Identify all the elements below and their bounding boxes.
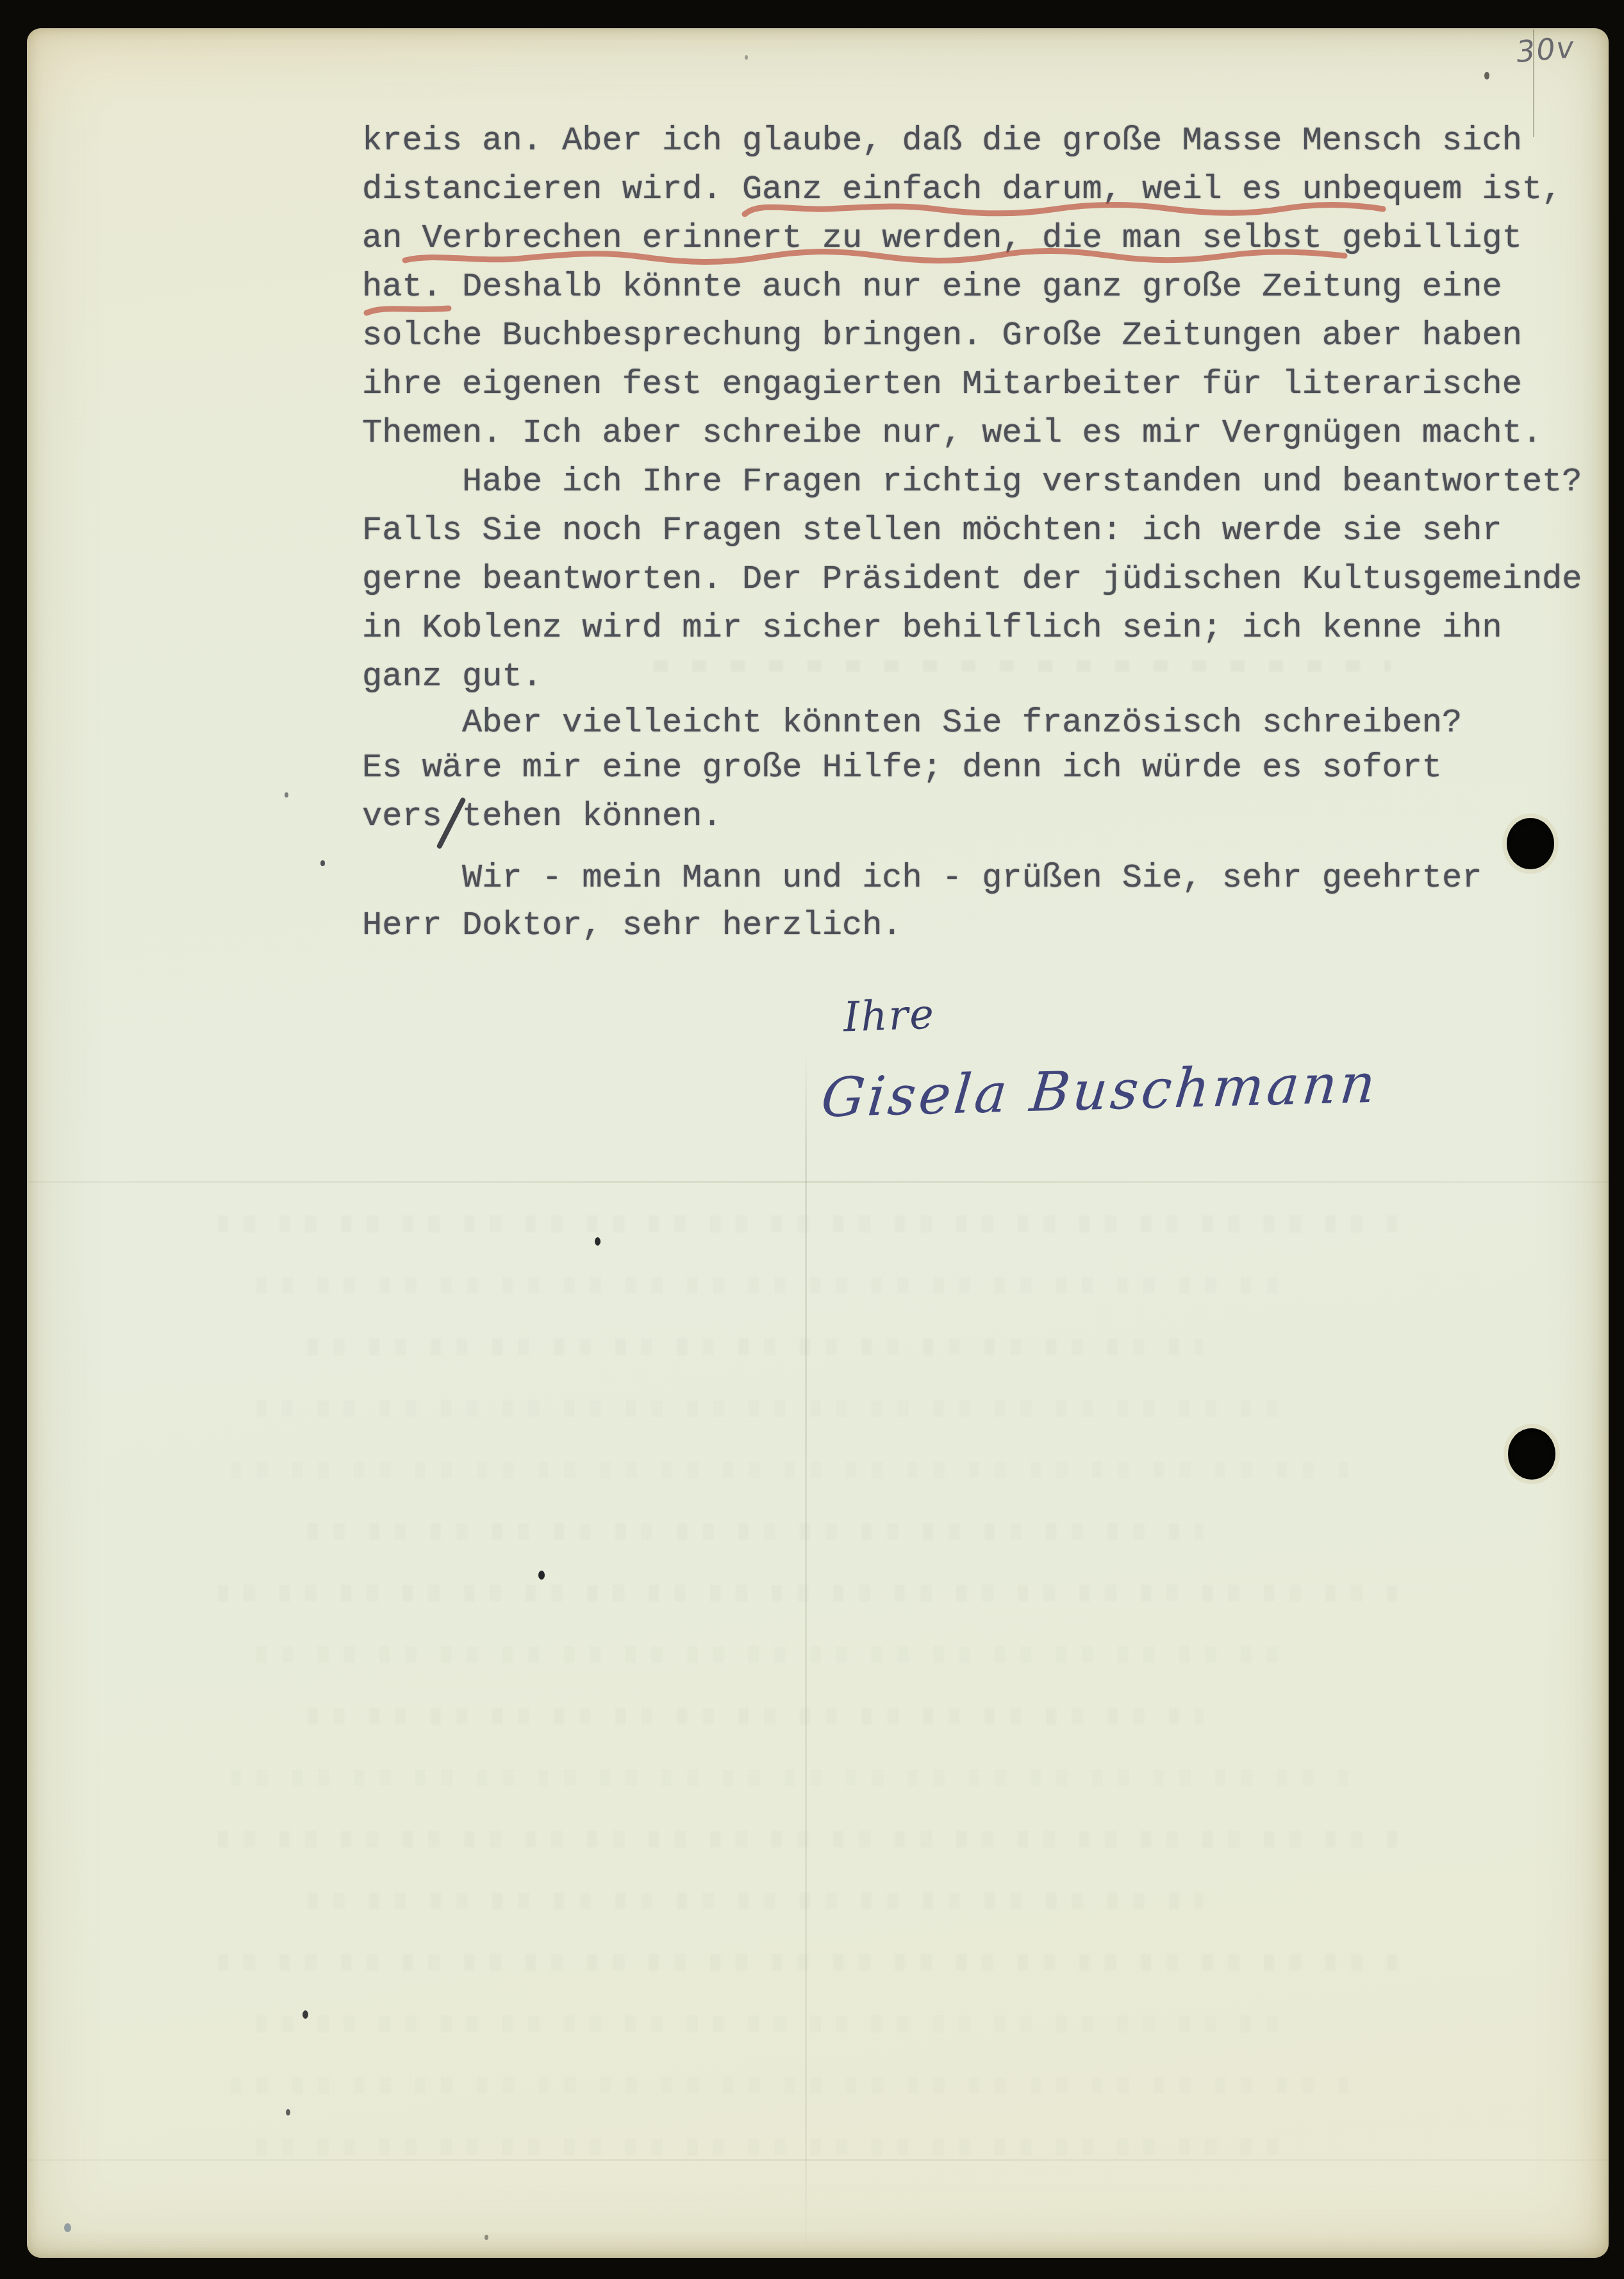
typed-line: Habe ich Ihre Fragen richtig verstanden … — [362, 463, 1582, 501]
typed-line: solche Buchbesprechung bringen. Große Ze… — [362, 317, 1522, 355]
paper-sheet — [27, 28, 1609, 2258]
ink-speck — [285, 792, 288, 797]
typed-line: gerne beantworten. Der Präsident der jüd… — [362, 560, 1582, 599]
punch-hole-top — [1507, 818, 1554, 869]
typed-line: Themen. Ich aber schreibe nur, weil es m… — [362, 414, 1542, 453]
typed-line: hat. Deshalb könnte auch nur eine ganz g… — [362, 268, 1502, 306]
ink-speck — [538, 1571, 545, 1580]
paper-blemish — [1484, 72, 1489, 79]
typed-line: ganz gut. — [362, 658, 542, 696]
ink-speck — [302, 2010, 308, 2019]
typed-line: Aber vielleicht könnten Sie französisch … — [362, 704, 1462, 742]
paper-blemish — [745, 55, 748, 60]
handwritten-valediction: Ihre — [843, 991, 936, 1042]
typed-line: distancieren wird. Ganz einfach darum, w… — [362, 171, 1562, 209]
paper-blemish — [485, 2235, 488, 2240]
typed-line: in Koblenz wird mir sicher behilflich se… — [362, 609, 1502, 647]
folio-number: 30v — [1515, 29, 1577, 69]
typed-line: vers tehen können. — [362, 797, 722, 836]
typed-line: Herr Doktor, sehr herzlich. — [362, 906, 902, 945]
typed-line: Falls Sie noch Fragen stellen möchten: i… — [362, 512, 1502, 550]
punch-hole-bottom — [1508, 1428, 1555, 1480]
ink-speck — [286, 2109, 290, 2116]
typed-line: ihre eigenen fest engagierten Mitarbeite… — [362, 365, 1522, 404]
typed-line: an Verbrechen erinnert zu werden, die ma… — [362, 219, 1522, 258]
typed-line: kreis an. Aber ich glaube, daß die große… — [362, 122, 1522, 160]
typed-line: Es wäre mir eine große Hilfe; denn ich w… — [362, 749, 1442, 787]
typed-line: Wir - mein Mann und ich - grüßen Sie, se… — [362, 859, 1482, 897]
bleed-through-text — [654, 660, 1391, 672]
paper-blemish — [64, 2223, 71, 2232]
ink-speck — [320, 860, 325, 866]
scanned-letter-page: 30v kreis an. Aber ich glaube, daß die g… — [0, 0, 1624, 2279]
ink-speck — [595, 1237, 601, 1246]
